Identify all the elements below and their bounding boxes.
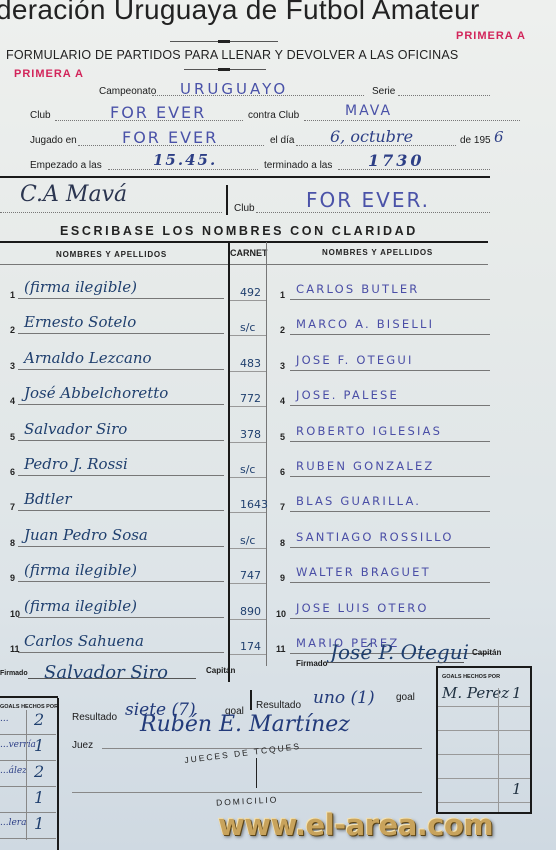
terminado-value[interactable]: 1730	[368, 151, 425, 170]
carnet-value[interactable]: s/c	[240, 463, 256, 476]
goals-left-header: GOALS HECHOS POR	[0, 704, 58, 710]
row-line	[18, 475, 224, 476]
club-value[interactable]: FOR EVER	[110, 103, 206, 122]
row-line	[438, 730, 530, 731]
row-line	[290, 618, 490, 619]
row-line	[0, 812, 56, 813]
divider	[0, 264, 488, 265]
campeonato-label: Campeonato	[99, 86, 156, 97]
carnet-header: CARNET	[230, 248, 268, 258]
row-line	[438, 802, 530, 803]
right-names-header: NOMBRES Y APELLIDOS	[322, 248, 433, 257]
row-line	[230, 512, 266, 513]
carnet-value[interactable]: 1643	[240, 498, 268, 511]
row-line	[290, 582, 490, 583]
signature-line	[28, 678, 196, 679]
left-player-signature[interactable]: Carlos Sahuena	[24, 632, 144, 650]
row-line	[18, 298, 224, 299]
scorer-name[interactable]: M. Perez	[442, 684, 509, 702]
contra-label: contra Club	[248, 110, 299, 121]
scorer-goals[interactable]: 1	[34, 736, 44, 755]
row-line	[0, 760, 56, 761]
divider	[256, 758, 257, 788]
divider	[26, 762, 27, 788]
division-stamp: PRIMERA A	[14, 68, 84, 80]
carnet-value[interactable]: 890	[240, 605, 261, 618]
terminado-label: terminado a las	[264, 160, 332, 171]
row-number: 2	[280, 325, 285, 335]
row-line	[18, 581, 224, 582]
carnet-value[interactable]: 747	[240, 569, 261, 582]
row-number: 6	[280, 467, 285, 477]
scorer-goals[interactable]: 1	[34, 788, 44, 807]
resultado-label: Resultado	[256, 700, 301, 711]
row-number: 1	[10, 290, 15, 300]
domicilio-label: DOMICILIO	[216, 794, 279, 807]
row-number: 9	[10, 573, 15, 583]
left-player-signature[interactable]: Juan Pedro Sosa	[24, 526, 148, 544]
capitan-label: Capitán	[206, 666, 235, 675]
right-team-name[interactable]: FOR EVER.	[306, 188, 430, 212]
row-number: 5	[280, 432, 285, 442]
row-line	[230, 654, 266, 655]
team-line	[256, 212, 490, 213]
row-line	[230, 477, 266, 478]
juez-label: Juez	[72, 740, 93, 751]
campeonato-value[interactable]: URUGUAYO	[180, 80, 288, 98]
row-line	[230, 548, 266, 549]
scorer-name[interactable]: ...lera	[0, 818, 26, 828]
scorer-name[interactable]: ...	[0, 714, 9, 724]
row-number: 7	[280, 502, 285, 512]
row-line	[18, 510, 224, 511]
left-names-header: NOMBRES Y APELLIDOS	[56, 250, 167, 259]
row-line	[230, 583, 266, 584]
left-player-signature[interactable]: Pedro J. Rossi	[24, 455, 128, 473]
row-line	[438, 754, 530, 755]
row-number: 6	[10, 467, 15, 477]
carnet-value[interactable]: 772	[240, 392, 261, 405]
divider	[250, 690, 252, 710]
dia-value[interactable]: 6, octubre	[330, 127, 413, 146]
row-number: 8	[10, 538, 15, 548]
divider	[0, 241, 488, 243]
divider	[26, 710, 27, 736]
capitan-label: Capitán	[472, 648, 501, 657]
empezado-value[interactable]: 15.45.	[153, 151, 217, 169]
contra-value[interactable]: MAVA	[345, 103, 392, 119]
carnet-value[interactable]: 378	[240, 428, 261, 441]
carnet-value[interactable]: 483	[240, 357, 261, 370]
scorer-goals[interactable]: 2	[34, 762, 44, 781]
division-stamp: PRIMERA A	[456, 30, 526, 42]
scorer-goals[interactable]: 1	[34, 814, 44, 833]
column-divider	[266, 242, 267, 666]
left-player-signature[interactable]: (firma ilegible)	[24, 597, 137, 615]
row-line	[230, 406, 266, 407]
left-team-name[interactable]: C.A Mavá	[20, 182, 127, 207]
scorer-goals[interactable]: 2	[34, 710, 44, 729]
row-line	[290, 511, 490, 512]
firmado-label: Firmado	[296, 659, 328, 668]
federation-title: deración Uruguaya de Futbol Amateur	[0, 0, 480, 26]
jueces-label: JUECES DE TCQUES	[184, 741, 302, 765]
divider	[26, 814, 27, 840]
left-player-signature[interactable]: Ernesto Sotelo	[24, 313, 136, 331]
watermark-logo: www.el-area.com	[218, 808, 493, 842]
row-line	[18, 404, 224, 405]
right-player-name[interactable]: MARCO A. BISELLI	[296, 317, 434, 331]
line	[72, 792, 422, 793]
year-label: de 195	[460, 135, 491, 146]
year-value[interactable]: 6	[494, 128, 504, 146]
row-line	[18, 546, 224, 547]
goal-label: goal	[396, 692, 415, 703]
carnet-value[interactable]: s/c	[240, 534, 256, 547]
form-subtitle: FORMULARIO DE PARTIDOS PARA LLENAR Y DEV…	[6, 48, 458, 62]
serie-label: Serie	[372, 86, 395, 97]
row-line	[18, 333, 224, 334]
right-player-name[interactable]: CARLOS BUTLER	[296, 282, 420, 296]
firmado-label: Firmado	[0, 670, 28, 677]
row-number: 4	[280, 396, 285, 406]
carnet-value[interactable]: s/c	[240, 321, 256, 334]
row-line	[230, 371, 266, 372]
right-player-name[interactable]: SANTIAGO ROSSILLO	[296, 530, 454, 544]
row-line	[290, 334, 490, 335]
row-line	[290, 476, 490, 477]
scorer-goals[interactable]: 1	[512, 684, 522, 702]
divider	[226, 185, 228, 215]
empezado-label: Empezado a las	[30, 160, 102, 171]
empezado-line	[108, 169, 258, 170]
goals-right-header: GOALS HECHOS POR	[442, 674, 500, 680]
resultado-label: Resultado	[72, 712, 117, 723]
left-player-signature[interactable]: Arnaldo Lezcano	[24, 349, 152, 367]
right-result[interactable]: uno (1)	[313, 688, 375, 708]
row-number: 9	[280, 573, 285, 583]
row-line	[18, 617, 224, 618]
club-label: Club	[30, 110, 51, 121]
divider	[218, 68, 230, 71]
row-number: 7	[10, 502, 15, 512]
carnet-value[interactable]: 174	[240, 640, 261, 653]
divider	[0, 176, 490, 178]
divider	[26, 736, 27, 762]
divider	[218, 40, 230, 43]
right-captain-signature[interactable]: José P. Otegui	[330, 640, 469, 664]
row-number: 2	[10, 325, 15, 335]
row-line	[230, 442, 266, 443]
right-player-name[interactable]: BLAS GUARILLA.	[296, 494, 421, 508]
scorer-name[interactable]: ...ález	[0, 766, 27, 776]
divider	[26, 788, 27, 814]
left-captain-signature[interactable]: Salvador Siro	[44, 662, 168, 683]
scorer-name[interactable]: ...verría	[0, 740, 36, 750]
left-player-signature[interactable]: Salvador Siro	[24, 420, 127, 438]
carnet-value[interactable]: 492	[240, 286, 261, 299]
row-line	[0, 734, 56, 735]
row-line	[290, 547, 490, 548]
divider	[0, 696, 58, 698]
right-player-name[interactable]: JOSE F. OTEGUI	[296, 353, 414, 367]
section-heading: ESCRIBASE LOS NOMBRES CON CLARIDAD	[60, 224, 418, 238]
row-number: 10	[276, 609, 286, 619]
row-line	[0, 838, 56, 839]
row-line	[0, 786, 56, 787]
left-player-signature[interactable]: Bdtler	[24, 490, 72, 508]
contra-line	[304, 120, 520, 121]
right-player-name[interactable]: RUBEN GONZALEZ	[296, 459, 434, 473]
row-line	[230, 619, 266, 620]
row-line	[18, 652, 224, 653]
right-player-name[interactable]: WALTER BRAGUET	[296, 565, 431, 579]
left-player-signature[interactable]: José Abbelchoretto	[24, 384, 168, 402]
row-number: 8	[280, 538, 285, 548]
left-player-signature[interactable]: (firma ilegible)	[24, 561, 137, 579]
row-line	[290, 299, 490, 300]
dia-label: el día	[270, 135, 294, 146]
row-number: 11	[276, 644, 286, 654]
serie-line	[398, 95, 490, 96]
right-player-name[interactable]: JOSE. PALESE	[296, 388, 399, 402]
left-player-signature[interactable]: (firma ilegible)	[24, 278, 137, 296]
row-line	[438, 706, 530, 707]
row-number: 1	[280, 290, 285, 300]
juez-value[interactable]: Rubén E. Martínez	[140, 712, 350, 737]
jugado-label: Jugado en	[30, 135, 77, 146]
row-line	[230, 300, 266, 301]
row-number: 4	[10, 396, 15, 406]
row-number: 3	[280, 361, 285, 371]
column-divider	[228, 242, 230, 682]
team-line	[0, 212, 222, 213]
row-line	[438, 778, 530, 779]
row-number: 3	[10, 361, 15, 371]
row-line	[18, 369, 224, 370]
right-player-name[interactable]: ROBERTO IGLESIAS	[296, 424, 442, 438]
club-label: Club	[234, 203, 255, 214]
row-line	[290, 405, 490, 406]
row-number: 5	[10, 432, 15, 442]
row-line	[290, 441, 490, 442]
scorer-goals[interactable]: 1	[512, 780, 522, 798]
row-line	[18, 440, 224, 441]
divider	[57, 698, 59, 850]
right-player-name[interactable]: JOSE LUIS OTERO	[296, 601, 429, 615]
divider	[498, 688, 499, 812]
row-line	[290, 370, 490, 371]
row-line	[230, 335, 266, 336]
jugado-value[interactable]: FOR EVER	[122, 128, 218, 147]
signature-line	[324, 662, 464, 663]
